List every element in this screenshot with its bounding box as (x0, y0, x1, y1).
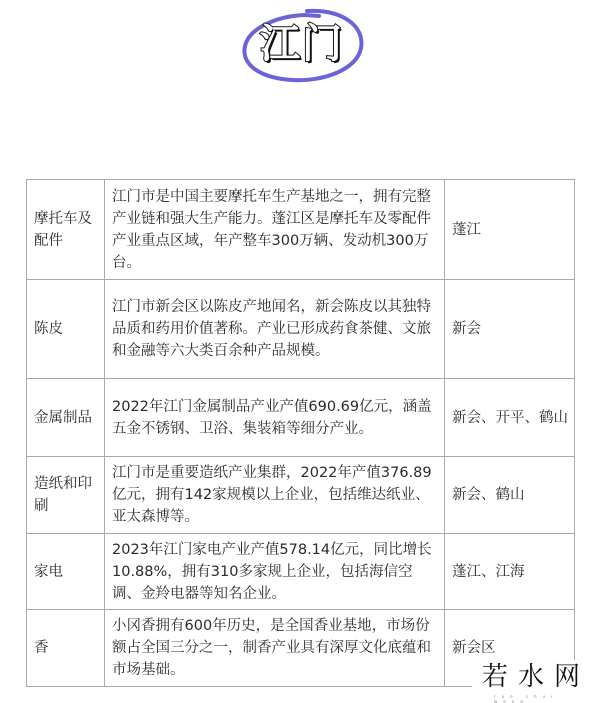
watermark: 若水网 ruo shui wang (472, 660, 600, 703)
table-row: 家电 2023年江门家电产业产值578.14亿元，同比增长10.88%，拥有31… (27, 534, 575, 610)
region-cell: 新会 (445, 280, 575, 379)
region-cell: 新会、鹤山 (445, 457, 575, 534)
description-cell: 2023年江门家电产业产值578.14亿元，同比增长10.88%，拥有310多家… (105, 534, 445, 610)
industry-cell: 陈皮 (27, 280, 105, 379)
table-row: 金属制品 2022年江门金属制品产业产值690.69亿元，涵盖五金不锈钢、卫浴、… (27, 379, 575, 457)
page-title: 江门 (237, 20, 367, 68)
industry-cell: 金属制品 (27, 379, 105, 457)
table-row: 造纸和印刷 江门市是重要造纸产业集群，2022年产值376.89亿元，拥有142… (27, 457, 575, 534)
table-row: 摩托车及配件 江门市是中国主要摩托车生产基地之一，拥有完整产业链和强大生产能力。… (27, 180, 575, 280)
watermark-subtext: ruo shui wang (494, 694, 600, 703)
region-cell: 蓬江 (445, 180, 575, 280)
industry-cell: 造纸和印刷 (27, 457, 105, 534)
region-cell: 蓬江、江海 (445, 534, 575, 610)
description-cell: 江门市是重要造纸产业集群，2022年产值376.89亿元，拥有142家规模以上企… (105, 457, 445, 534)
description-cell: 江门市是中国主要摩托车生产基地之一，拥有完整产业链和强大生产能力。蓬江区是摩托车… (105, 180, 445, 280)
industry-cell: 家电 (27, 534, 105, 610)
industry-cell: 香 (27, 610, 105, 687)
table-row: 陈皮 江门市新会区以陈皮产地闻名，新会陈皮以其独特品质和药用价值著称。产业已形成… (27, 280, 575, 379)
industry-cell: 摩托车及配件 (27, 180, 105, 280)
region-cell: 新会、开平、鹤山 (445, 379, 575, 457)
watermark-text: 若水网 (482, 662, 590, 692)
industry-table: 摩托车及配件 江门市是中国主要摩托车生产基地之一，拥有完整产业链和强大生产能力。… (26, 179, 575, 687)
description-cell: 2022年江门金属制品产业产值690.69亿元，涵盖五金不锈钢、卫浴、集装箱等细… (105, 379, 445, 457)
page-title-block: 江门 (237, 6, 367, 84)
description-cell: 小冈香拥有600年历史，是全国香业基地，市场份额占全国三分之一，制香产业具有深厚… (105, 610, 445, 687)
description-cell: 江门市新会区以陈皮产地闻名，新会陈皮以其独特品质和药用价值著称。产业已形成药食茶… (105, 280, 445, 379)
